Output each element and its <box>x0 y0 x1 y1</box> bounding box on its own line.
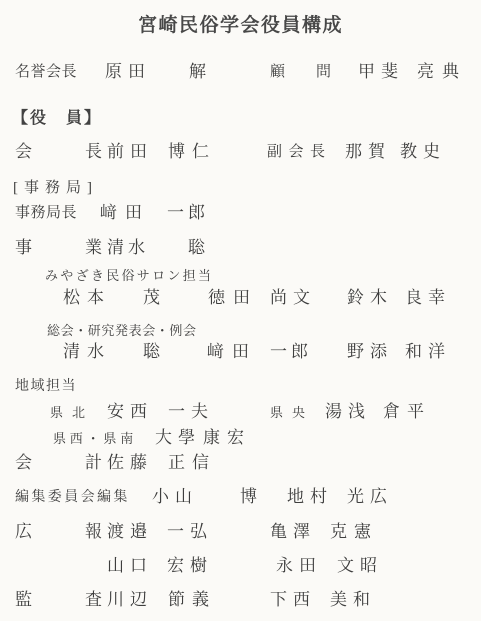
row-pr-2: 山口 宏樹 永田 文昭 <box>0 556 481 580</box>
business-givenname: 聡 <box>188 238 205 258</box>
salon-member-3-givenname: 良幸 <box>405 288 451 308</box>
pr-member-3-givenname: 宏樹 <box>167 556 213 576</box>
regional-west-south-givenname: 康宏 <box>203 428 251 448</box>
row-regional-west-south: 県西・県南 大學 康宏 <box>0 428 481 452</box>
secretary-general-label: 事務局長 <box>15 205 77 222</box>
vice-chair-surname: 那賀 <box>345 142 391 162</box>
editorial-member-2-givenname: 光広 <box>347 487 393 507</box>
chair-surname: 前田 <box>107 142 153 162</box>
secretary-general-givenname: 一郎 <box>167 203 209 223</box>
regional-section-heading: 地域担当 <box>15 379 77 395</box>
editorial-member-1-surname: 小山 <box>152 487 198 507</box>
pr-member-4-surname: 永田 <box>276 556 322 576</box>
editorial-member-1-givenname: 博 <box>240 487 257 507</box>
regional-north-surname: 安西 <box>107 402 153 422</box>
regional-central-surname: 湯浅 <box>325 402 371 422</box>
title-row: 宮崎民俗学会役員構成 <box>0 10 481 38</box>
general-meeting-member-1-givenname: 聡 <box>143 342 160 362</box>
row-general-meeting-members: 清水 聡 﨑田 一郎 野添 和洋 <box>0 342 481 366</box>
audit-member-2-givenname: 美和 <box>330 590 376 610</box>
regional-north-label: 県北 <box>50 406 94 421</box>
row-secretariat-heading: [事務局] <box>0 178 481 202</box>
audit-member-1-givenname: 節義 <box>168 590 216 610</box>
general-meeting-member-2-givenname: 一郎 <box>270 342 312 362</box>
salon-member-2-givenname: 尚文 <box>270 288 316 308</box>
row-secretary-general: 事務局長 﨑田 一郎 <box>0 203 481 227</box>
audit-member-1-surname: 川辺 <box>107 590 153 610</box>
business-surname: 清水 <box>107 238 149 258</box>
advisor-surname: 甲斐 <box>358 62 404 82</box>
row-salon-label: みやざき民俗サロン担当 <box>0 265 481 289</box>
advisor-label: 顧問 <box>270 64 362 81</box>
honorary-chair-surname: 原田 <box>105 62 151 82</box>
general-meeting-label: 総会・研究発表会・例会 <box>47 324 197 339</box>
row-chair-vicechair: 会長 前田 博仁 副会長 那賀 教史 <box>0 142 481 166</box>
chair-givenname: 博仁 <box>168 142 216 162</box>
general-meeting-member-2-surname: 﨑田 <box>207 342 257 362</box>
row-salon-members: 松本 茂 徳田 尚文 鈴木 良幸 <box>0 288 481 312</box>
salon-member-1-surname: 松本 <box>63 288 111 308</box>
honorary-chair-givenname: 解 <box>189 62 206 82</box>
row-honorary-advisor: 名誉会長 原田 解 顧問 甲斐 亮典 <box>0 62 481 86</box>
regional-central-givenname: 倉平 <box>383 402 431 422</box>
row-regional-north-central: 県北 安西 一夫 県央 湯浅 倉平 <box>0 402 481 426</box>
general-meeting-member-3-givenname: 和洋 <box>405 342 451 362</box>
regional-north-givenname: 一夫 <box>168 402 214 422</box>
pr-member-3-surname: 山口 <box>107 556 153 576</box>
advisor-givenname: 亮典 <box>417 62 467 82</box>
pr-member-4-givenname: 文昭 <box>337 556 383 576</box>
salon-label: みやざき民俗サロン担当 <box>45 269 213 284</box>
secretariat-section-heading: [事務局] <box>13 180 98 197</box>
pr-member-2-givenname: 克憲 <box>330 522 378 542</box>
row-accounting: 会計 佐藤 正信 <box>0 453 481 477</box>
editorial-label: 編集委員会編集 <box>15 490 130 506</box>
officers-section-heading: 【役 員】 <box>12 110 102 128</box>
row-pr-1: 広報 渡邉 一弘 亀澤 克憲 <box>0 522 481 546</box>
general-meeting-member-3-surname: 野添 <box>347 342 393 362</box>
row-general-meeting-label: 総会・研究発表会・例会 <box>0 320 481 344</box>
honorary-chair-label: 名誉会長 <box>15 64 77 81</box>
vice-chair-label: 副会長 <box>267 144 332 161</box>
pr-member-2-surname: 亀澤 <box>270 522 316 542</box>
salon-member-1-givenname: 茂 <box>143 288 160 308</box>
row-editorial: 編集委員会編集 小山 博 地村 光広 <box>0 487 481 511</box>
pr-member-1-givenname: 一弘 <box>167 522 213 542</box>
row-regional-heading: 地域担当 <box>0 376 481 400</box>
general-meeting-member-1-surname: 清水 <box>63 342 111 362</box>
document-page: 宮崎民俗学会役員構成 名誉会長 原田 解 顧問 甲斐 亮典 【役 員】 会長 前… <box>0 0 481 621</box>
page-title: 宮崎民俗学会役員構成 <box>138 10 343 37</box>
row-business: 事業 清水 聡 <box>0 238 481 262</box>
vice-chair-givenname: 教史 <box>400 142 446 162</box>
pr-member-1-surname: 渡邉 <box>107 522 153 542</box>
accounting-surname: 佐藤 <box>107 453 153 473</box>
audit-member-2-surname: 下西 <box>270 590 316 610</box>
accounting-givenname: 正信 <box>168 453 216 473</box>
regional-west-south-surname: 大學 <box>155 428 201 448</box>
regional-central-label: 県央 <box>270 406 314 421</box>
regional-west-south-label: 県西・県南 <box>53 432 137 447</box>
salon-member-2-surname: 徳田 <box>208 288 258 308</box>
salon-member-3-surname: 鈴木 <box>347 288 393 308</box>
editorial-member-2-surname: 地村 <box>287 487 333 507</box>
row-audit: 監査 川辺 節義 下西 美和 <box>0 590 481 614</box>
row-officers-heading: 【役 員】 <box>0 110 481 134</box>
secretary-general-surname: 﨑田 <box>100 203 150 223</box>
